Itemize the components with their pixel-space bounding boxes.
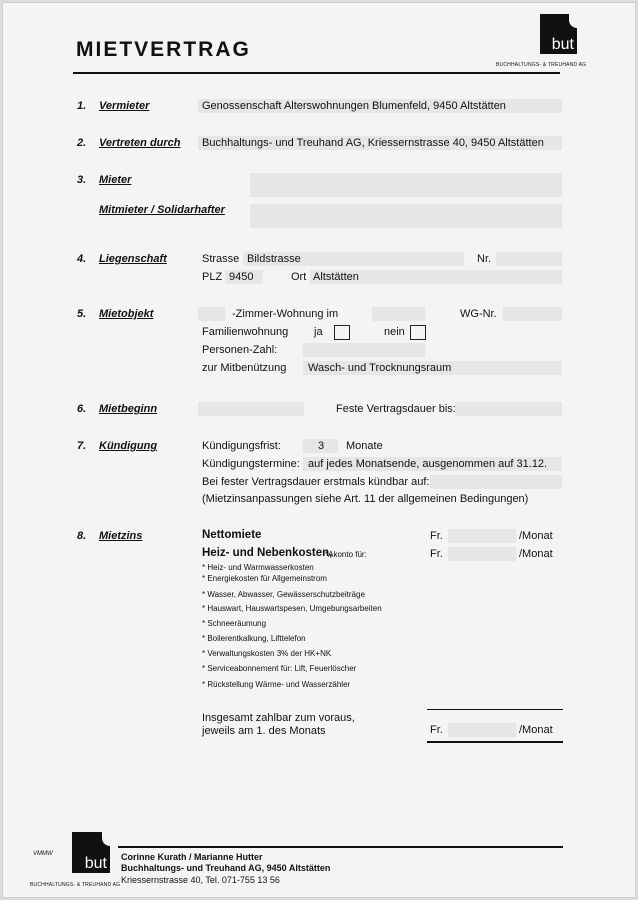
netto-currency: Fr. bbox=[430, 530, 443, 542]
strasse-label: Strasse bbox=[202, 253, 239, 265]
total-currency: Fr. bbox=[430, 724, 443, 736]
section-7-number: 7. bbox=[77, 440, 86, 452]
total-field[interactable] bbox=[448, 723, 516, 737]
footer-logo-subtitle: BUCHHALTUNGS- & TREUHAND AG bbox=[30, 882, 120, 888]
frist-value: 3 bbox=[318, 440, 324, 452]
section-4-label: Liegenschaft bbox=[99, 253, 167, 265]
section-3-label: Mieter bbox=[99, 174, 131, 186]
section-5-label: Mietobjekt bbox=[99, 308, 153, 320]
nk-per-month: /Monat bbox=[519, 548, 553, 560]
logo-subtitle: BUCHHALTUNGS- & TREUHAND AG bbox=[496, 62, 586, 68]
mietbeginn-field[interactable] bbox=[198, 402, 304, 416]
termine-label: Kündigungstermine: bbox=[202, 458, 300, 470]
nk-item: * Rückstellung Wärme- und Wasserzähler bbox=[202, 680, 350, 689]
footer-tag: VMMW bbox=[33, 851, 53, 857]
wg-label: WG-Nr. bbox=[460, 308, 497, 320]
page-title: MIETVERTRAG bbox=[76, 38, 251, 62]
termine-value: auf jedes Monatsende, ausgenommen auf 31… bbox=[308, 458, 547, 470]
nk-item: * Heiz- und Warmwasserkosten bbox=[202, 563, 314, 572]
personen-label: Personen-Zahl: bbox=[202, 344, 277, 356]
zimmer-field[interactable] bbox=[198, 307, 225, 321]
footer-logo-text: but bbox=[85, 855, 107, 873]
feste-field[interactable] bbox=[455, 402, 562, 416]
section-8-number: 8. bbox=[77, 530, 86, 542]
ja-label: ja bbox=[314, 326, 323, 338]
section-7-label: Kündigung bbox=[99, 440, 157, 452]
mieter-field[interactable] bbox=[250, 173, 562, 197]
section-3-number: 3. bbox=[77, 174, 86, 186]
total-per-month: /Monat bbox=[519, 724, 553, 736]
netto-label: Nettomiete bbox=[202, 529, 261, 541]
nk-item: * Schneeräumung bbox=[202, 619, 266, 628]
feste-label: Feste Vertragsdauer bis: bbox=[336, 403, 456, 415]
nk-item: * Energiekosten für Allgemeinstrom bbox=[202, 574, 327, 583]
erstmals-label: Bei fester Vertragsdauer erstmals kündba… bbox=[202, 476, 429, 488]
footer-line-1: Corinne Kurath / Marianne Hutter bbox=[121, 852, 263, 862]
mitmieter-label: Mitmieter / Solidarhafter bbox=[99, 204, 225, 216]
section-4-number: 4. bbox=[77, 253, 86, 265]
nr-label: Nr. bbox=[477, 253, 491, 265]
erstmals-field[interactable] bbox=[430, 475, 562, 489]
nk-label: Heiz- und Nebenkosten, bbox=[202, 547, 332, 559]
nein-checkbox[interactable] bbox=[410, 325, 426, 340]
total-label-2: jeweils am 1. des Monats bbox=[202, 725, 326, 737]
nein-label: nein bbox=[384, 326, 405, 338]
mietzins-note: (Mietzinsanpassungen siehe Art. 11 der a… bbox=[202, 493, 528, 505]
section-6-number: 6. bbox=[77, 403, 86, 415]
section-6-label: Mietbeginn bbox=[99, 403, 157, 415]
nk-item: * Verwaltungskosten 3% der HK+NK bbox=[202, 649, 331, 658]
wg-field[interactable] bbox=[503, 307, 562, 321]
section-8-label: Mietzins bbox=[99, 530, 142, 542]
mitbenuetzung-label: zur Mitbenützung bbox=[202, 362, 286, 374]
logo-fold bbox=[569, 14, 577, 28]
zimmer-label: -Zimmer-Wohnung im bbox=[232, 308, 338, 320]
mitmieter-field[interactable] bbox=[250, 204, 562, 228]
familien-label: Familienwohnung bbox=[202, 326, 288, 338]
nk-field[interactable] bbox=[448, 547, 516, 561]
nk-item: * Wasser, Abwasser, Gewässerschutzbeiträ… bbox=[202, 590, 365, 599]
nk-item: * Serviceabonnement für: Lift, Feuerlösc… bbox=[202, 664, 356, 673]
netto-per-month: /Monat bbox=[519, 530, 553, 542]
footer-logo-fold bbox=[102, 832, 110, 846]
section-2-number: 2. bbox=[77, 137, 86, 149]
personen-field[interactable] bbox=[303, 343, 425, 357]
nk-note: *Akonto für: bbox=[325, 550, 367, 559]
frist-unit: Monate bbox=[346, 440, 383, 452]
nk-currency: Fr. bbox=[430, 548, 443, 560]
vertreten-value: Buchhaltungs- und Treuhand AG, Kriessern… bbox=[202, 137, 544, 149]
footer-line-3: Kriessernstrasse 40, Tel. 071-755 13 56 bbox=[121, 875, 280, 885]
netto-field[interactable] bbox=[448, 529, 516, 543]
total-top-rule bbox=[427, 709, 563, 710]
section-1-label: Vermieter bbox=[99, 100, 149, 112]
frist-label: Kündigungsfrist: bbox=[202, 440, 281, 452]
ort-label: Ort bbox=[291, 271, 306, 283]
total-label-1: Insgesamt zahlbar zum voraus, bbox=[202, 712, 355, 724]
section-1-number: 1. bbox=[77, 100, 86, 112]
footer-line-2: Buchhaltungs- und Treuhand AG, 9450 Alts… bbox=[121, 863, 330, 873]
logo-text: but bbox=[552, 36, 574, 54]
plz-label: PLZ bbox=[202, 271, 222, 283]
stock-field[interactable] bbox=[372, 307, 425, 321]
strasse-value: Bildstrasse bbox=[247, 253, 301, 265]
ort-value: Altstätten bbox=[313, 271, 359, 283]
total-bottom-rule bbox=[427, 741, 563, 743]
nr-field[interactable] bbox=[496, 252, 562, 266]
plz-value: 9450 bbox=[229, 271, 253, 283]
mitbenuetzung-value: Wasch- und Trocknungsraum bbox=[308, 362, 451, 374]
footer-but-logo: but bbox=[72, 832, 110, 873]
section-2-label: Vertreten durch bbox=[99, 137, 181, 149]
ja-checkbox[interactable] bbox=[334, 325, 350, 340]
section-5-number: 5. bbox=[77, 308, 86, 320]
header-divider bbox=[73, 72, 560, 74]
vermieter-value: Genossenschaft Alterswohnungen Blumenfel… bbox=[202, 100, 506, 112]
nk-item: * Hauswart, Hauswartspesen, Umgebungsarb… bbox=[202, 604, 382, 613]
nk-item: * Boilerentkalkung, Lifttelefon bbox=[202, 634, 306, 643]
footer-divider bbox=[118, 846, 563, 848]
but-logo: but bbox=[540, 14, 577, 54]
